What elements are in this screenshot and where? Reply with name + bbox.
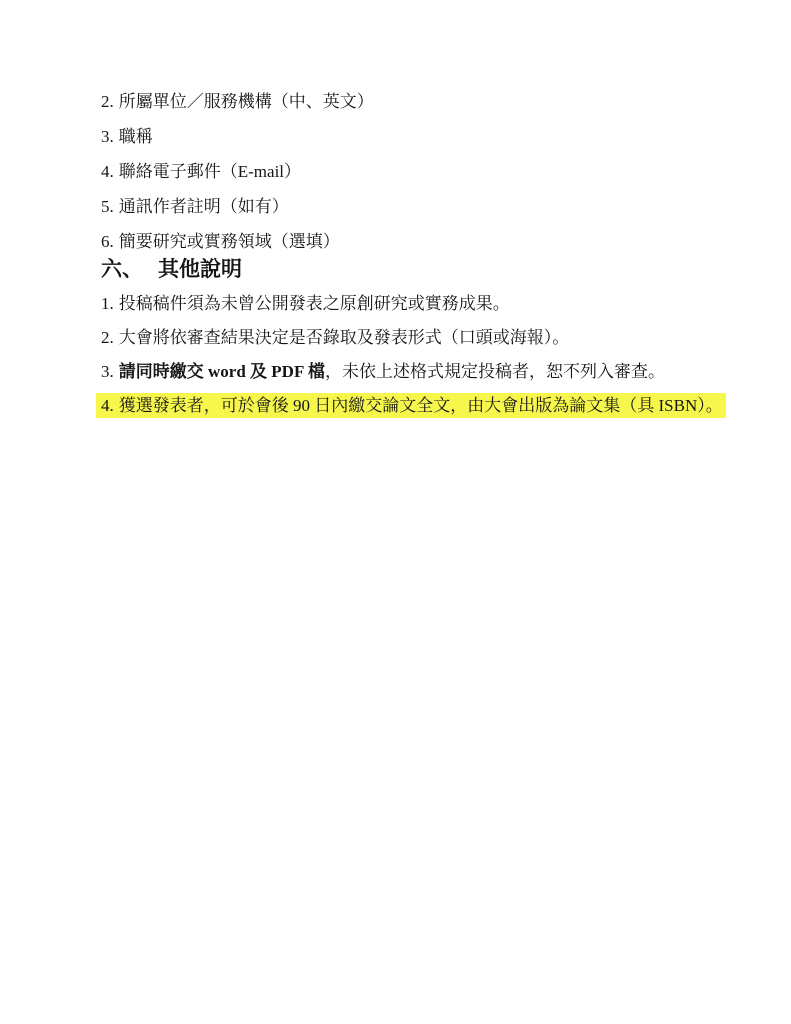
- list-item-number: 4.: [101, 396, 114, 415]
- list-item-number: 2.: [101, 328, 114, 347]
- list-item-number: 2.: [101, 92, 114, 111]
- list-item: 2.所屬單位／服務機構（中、英文）: [101, 84, 721, 119]
- list-item-text: 獲選發表者，可於會後 90 日內繳交論文全文，由大會出版為論文集（具 ISBN）…: [119, 396, 723, 415]
- list-item: 4.聯絡電子郵件（E-mail）: [101, 154, 721, 189]
- list-item: 2.大會將依審查結果決定是否錄取及發表形式（口頭或海報）。: [101, 321, 741, 355]
- list-item: 3.職稱: [101, 119, 721, 154]
- list-item: 3.請同時繳交 word 及 PDF 檔，未依上述格式規定投稿者，恕不列入審查。: [101, 355, 741, 389]
- list-item-bold-text: 請同時繳交 word 及 PDF 檔: [119, 362, 325, 381]
- list-item-text: 簡要研究或實務領域（選填）: [119, 232, 340, 251]
- list-item: 1.投稿稿件須為未曾公開發表之原創研究或實務成果。: [101, 287, 741, 321]
- document-page: 2.所屬單位／服務機構（中、英文） 3.職稱 4.聯絡電子郵件（E-mail） …: [0, 0, 791, 1024]
- list-item-text: 投稿稿件須為未曾公開發表之原創研究或實務成果。: [119, 294, 510, 313]
- list-item-number: 3.: [101, 362, 114, 381]
- list-item-text: 通訊作者註明（如有）: [119, 197, 289, 216]
- list-item: 4.獲選發表者，可於會後 90 日內繳交論文全文，由大會出版為論文集（具 ISB…: [101, 389, 741, 423]
- list-item-number: 5.: [101, 197, 114, 216]
- section-heading: 六、其他說明: [101, 254, 242, 284]
- list-item-number: 4.: [101, 162, 114, 181]
- list-item-text: 所屬單位／服務機構（中、英文）: [119, 92, 374, 111]
- list-item: 5.通訊作者註明（如有）: [101, 189, 721, 224]
- highlighted-text: 4.獲選發表者，可於會後 90 日內繳交論文全文，由大會出版為論文集（具 ISB…: [96, 393, 726, 418]
- list-item-number: 6.: [101, 232, 114, 251]
- list-item-text: 聯絡電子郵件（E-mail）: [119, 162, 301, 181]
- list-item-text: ，未依上述格式規定投稿者，恕不列入審查。: [325, 362, 665, 381]
- list-item-text: 大會將依審查結果決定是否錄取及發表形式（口頭或海報）。: [119, 328, 570, 347]
- section-heading-number: 六、: [101, 257, 143, 281]
- list-item-number: 3.: [101, 127, 114, 146]
- section-heading-title: 其他說明: [158, 257, 242, 281]
- list-item-number: 1.: [101, 294, 114, 313]
- author-info-list: 2.所屬單位／服務機構（中、英文） 3.職稱 4.聯絡電子郵件（E-mail） …: [101, 84, 721, 259]
- list-item-text: 職稱: [119, 127, 153, 146]
- other-notes-list: 1.投稿稿件須為未曾公開發表之原創研究或實務成果。 2.大會將依審查結果決定是否…: [101, 287, 741, 423]
